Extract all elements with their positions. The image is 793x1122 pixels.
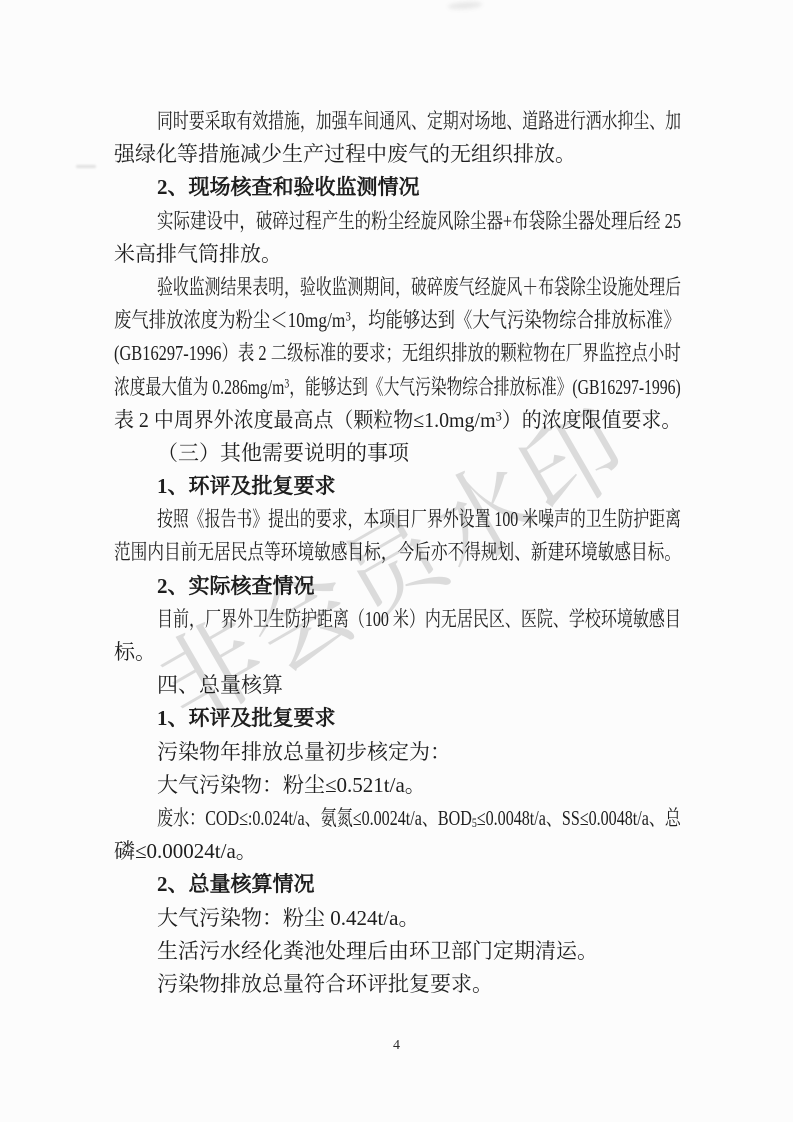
paragraph: （三）其他需要说明的事项 (114, 437, 681, 470)
paragraph: 生活污水经化粪池处理后由环卫部门定期清运。 (114, 935, 681, 968)
text-line: 1、环评及批复要求 (114, 470, 681, 503)
text-line: 1、环评及批复要求 (114, 702, 681, 735)
text-line: 标。 (114, 636, 681, 669)
text-line: 磷≤0.00024t/a。 (114, 835, 681, 868)
text-line: 范围内目前无居民点等环境敏感目标，今后亦不得规划、新建环境敏感目标。 (114, 536, 681, 569)
paragraph: 实际建设中，破碎过程产生的粉尘经旋风除尘器+布袋除尘器处理后经 25米高排气筒排… (114, 205, 681, 271)
section-heading: 1、环评及批复要求 (114, 702, 681, 735)
text-line: 同时要采取有效措施，加强车间通风、定期对场地、道路进行洒水抑尘、加 (114, 105, 681, 138)
text-line: 大气污染物：粉尘≤0.521t/a。 (114, 769, 681, 802)
page-number: 4 (0, 1038, 793, 1054)
text-line: 强绿化等措施减少生产过程中废气的无组织排放。 (114, 138, 681, 171)
text-line: 浓度最大值为 0.286mg/m3，能够达到《大气污染物综合排放标准》(GB16… (114, 371, 681, 404)
paragraph: 按照《报告书》提出的要求，本项目厂界外设置 100 米噪声的卫生防护距离范围内目… (114, 503, 681, 569)
text-line: 2、总量核算情况 (114, 868, 681, 901)
paragraph: 大气污染物：粉尘 0.424t/a。 (114, 902, 681, 935)
document-page: 非会员水印 同时要采取有效措施，加强车间通风、定期对场地、道路进行洒水抑尘、加强… (0, 0, 793, 1122)
text-line: 2、现场核查和验收监测情况 (114, 171, 681, 204)
text-line: 米高排气筒排放。 (114, 238, 681, 271)
scan-smudge-top (448, 1, 482, 10)
text-line: （三）其他需要说明的事项 (114, 437, 681, 470)
paragraph: 四、总量核算 (114, 669, 681, 702)
text-line: 2、实际核查情况 (114, 570, 681, 603)
text-line: 按照《报告书》提出的要求，本项目厂界外设置 100 米噪声的卫生防护距离 (114, 503, 681, 536)
section-heading: 2、现场核查和验收监测情况 (114, 171, 681, 204)
text-line: 四、总量核算 (114, 669, 681, 702)
text-line: 废气排放浓度为粉尘＜10mg/m3，均能够达到《大气污染物综合排放标准》 (114, 304, 681, 337)
paragraph: 目前，厂界外卫生防护距离（100 米）内无居民区、医院、学校环境敏感目标。 (114, 603, 681, 669)
text-line: 生活污水经化粪池处理后由环卫部门定期清运。 (114, 935, 681, 968)
section-heading: 1、环评及批复要求 (114, 470, 681, 503)
text-line: 废水：COD≤:0.024t/a、氨氮≤0.0024t/a、BOD5≤0.004… (114, 802, 681, 835)
text-line: 表 2 中周界外浓度最高点（颗粒物≤1.0mg/m3）的浓度限值要求。 (114, 404, 681, 437)
paragraph: 同时要采取有效措施，加强车间通风、定期对场地、道路进行洒水抑尘、加强绿化等措施减… (114, 105, 681, 171)
document-body: 同时要采取有效措施，加强车间通风、定期对场地、道路进行洒水抑尘、加强绿化等措施减… (114, 105, 681, 1001)
paragraph: 大气污染物：粉尘≤0.521t/a。 (114, 769, 681, 802)
scan-smudge-left (76, 165, 96, 168)
text-line: 污染物年排放总量初步核定为： (114, 736, 681, 769)
text-line: 污染物排放总量符合环评批复要求。 (114, 968, 681, 1001)
section-heading: 2、实际核查情况 (114, 570, 681, 603)
text-line: (GB16297-1996）表 2 二级标准的要求；无组织排放的颗粒物在厂界监控… (114, 337, 681, 370)
paragraph: 验收监测结果表明，验收监测期间，破碎废气经旋风＋布袋除尘设施处理后废气排放浓度为… (114, 271, 681, 437)
paragraph: 污染物排放总量符合环评批复要求。 (114, 968, 681, 1001)
text-line: 目前，厂界外卫生防护距离（100 米）内无居民区、医院、学校环境敏感目 (114, 603, 681, 636)
paragraph: 废水：COD≤:0.024t/a、氨氮≤0.0024t/a、BOD5≤0.004… (114, 802, 681, 868)
section-heading: 2、总量核算情况 (114, 868, 681, 901)
text-line: 大气污染物：粉尘 0.424t/a。 (114, 902, 681, 935)
text-line: 验收监测结果表明，验收监测期间，破碎废气经旋风＋布袋除尘设施处理后 (114, 271, 681, 304)
paragraph: 污染物年排放总量初步核定为： (114, 736, 681, 769)
text-line: 实际建设中，破碎过程产生的粉尘经旋风除尘器+布袋除尘器处理后经 25 (114, 205, 681, 238)
